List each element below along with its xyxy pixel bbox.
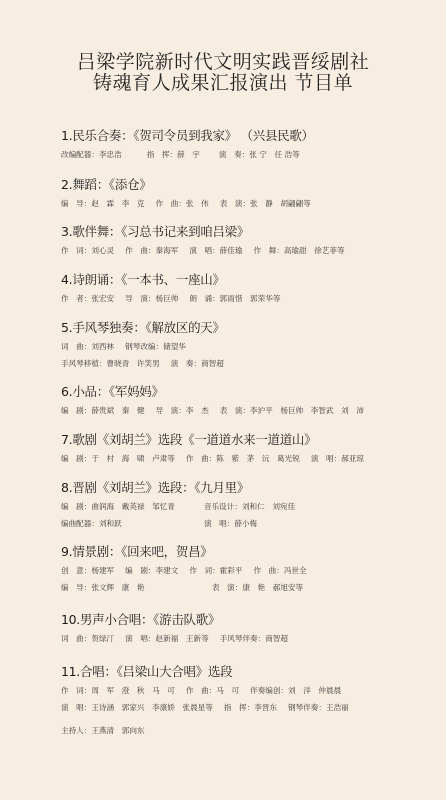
program-item-6: 6.小品：《军妈妈》 编 剧：薛贵斌 秦 健导 演：李 杰表 演：李沪平 杨巨帅… [61, 384, 375, 416]
credit: 指 挥：薛 宇 [147, 150, 200, 160]
credit: 表 演：张 静 胡翩翩等 [220, 199, 311, 209]
credit: 编 剧：薛贵斌 秦 健 [61, 406, 145, 416]
credit-row: 编 导：张文辉 康 艳表 演：康 艳 郝旭安等 [61, 583, 318, 593]
credit: 作 曲：张 伟 [156, 199, 209, 209]
item-title: 4.诗朗诵：《一本书、一座山》 [61, 272, 291, 288]
credit: 钢琴伴奏：王浩丽 [288, 703, 349, 713]
credit: 指 挥：李晋东 [224, 703, 277, 713]
credit: 手风琴伴奏：商智超 [220, 634, 288, 644]
credit: 作 者：张宏安 [61, 294, 114, 304]
program-item-2: 2.舞蹈：《添仓》 编 导：赵 霖 李 克作 曲：张 伟表 演：张 静 胡翩翩等 [61, 177, 322, 209]
program-item-8: 8.晋剧《刘胡兰》选段：《九月里》 编 剧：曲润海 戴英禄 邹忆青音乐设计：刘和… [61, 480, 306, 529]
program-item-9: 9.情景剧：《回来吧，贺昌》 创 意：杨建军编 剧：李建文作 词：霍彩平作 曲：… [61, 544, 318, 593]
credit: 创 意：杨建军 [61, 566, 114, 576]
item-title: 6.小品：《军妈妈》 [61, 384, 375, 400]
item-title: 1.民乐合奏：《贺司令员到我家》 （兴县民歌） [61, 128, 314, 144]
credit: 词 曲：刘西林 [61, 342, 114, 352]
credit-row: 编 剧：薛贵斌 秦 健导 演：李 杰表 演：李沪平 杨巨帅 李智武 刘 沛 [61, 406, 375, 416]
credit: 音乐设计：刘和仁 刘宛佳 [204, 502, 295, 512]
credit-row: 编曲配器：刘和跃演 唱：薛小梅 [61, 519, 306, 529]
credit: 词 曲：贺绿汀 [61, 634, 114, 644]
credit: 编 剧：曲润海 戴英禄 邹忆青 [61, 502, 193, 512]
credit-row: 演 唱：王诗涵 郭家兴 李康娇 张晨星等指 挥：李晋东钢琴伴奏：王浩丽 [61, 703, 360, 713]
credit: 演 唱：薛佳瑜 [189, 246, 242, 256]
credit-row: 编 剧：曲润海 戴英禄 邹忆青音乐设计：刘和仁 刘宛佳 [61, 502, 306, 512]
item-title: 11.合唱：《吕梁山大合唱》选段 [61, 664, 360, 680]
credit: 手风琴移植：曹晓青 许笑男 [61, 359, 160, 369]
credit: 作 曲：马 可 [186, 686, 239, 696]
credit-row: 创 意：杨建军编 剧：李建文作 词：霍彩平作 曲：冯世全 [61, 566, 318, 576]
credit: 演 唱：薛小梅 [204, 519, 257, 529]
program-item-5: 5.手风琴独奏：《解放区的天》 词 曲：刘西林钢琴改编：储望华 手风琴移植：曹晓… [61, 320, 235, 369]
program-item-1: 1.民乐合奏：《贺司令员到我家》 （兴县民歌） 改编配器：李忠浩指 挥：薛 宇演… [61, 128, 314, 160]
credit: 演 奏：商智超 [171, 359, 224, 369]
program-item-11: 11.合唱：《吕梁山大合唱》选段 作 词：周 军 澄 秋 马 可作 曲：马 可伴… [61, 664, 360, 713]
item-title: 2.舞蹈：《添仓》 [61, 177, 322, 193]
credit: 朗 诵：郭雨惜 郭荣华等 [189, 294, 280, 304]
credit: 作 舞：高瑜甜 徐艺菲等 [253, 246, 344, 256]
credit: 表 演：李沪平 杨巨帅 李智武 刘 沛 [220, 406, 364, 416]
credit: 演 唱：赵新福 王新等 [125, 634, 209, 644]
title-line-2: 铸魂育人成果汇报演出 节目单 [0, 73, 446, 94]
item-title: 8.晋剧《刘胡兰》选段：《九月里》 [61, 480, 306, 496]
credit: 演 奏：张 宁 任 浩等 [219, 150, 300, 160]
credit-row: 词 曲：贺绿汀演 唱：赵新福 王新等手风琴伴奏：商智超 [61, 634, 299, 644]
credit-row: 编 导：赵 霖 李 克作 曲：张 伟表 演：张 静 胡翩翩等 [61, 199, 322, 209]
program-item-10: 10.男声小合唱：《游击队歌》 词 曲：贺绿汀演 唱：赵新福 王新等手风琴伴奏：… [61, 612, 299, 644]
program-item-3: 3.歌伴舞：《习总书记来到咱吕梁》 作 词：刘心灵作 曲：秦海军演 唱：薛佳瑜作… [61, 224, 356, 256]
program-title: 吕梁学院新时代文明实践晋绥剧社 铸魂育人成果汇报演出 节目单 [0, 52, 446, 94]
credit: 表 演：康 艳 郝旭安等 [212, 583, 303, 593]
credit: 钢琴改编：储望华 [125, 342, 186, 352]
host-line: 主持人：王燕清 郭向东 [61, 725, 145, 736]
credit: 编 剧：李建文 [125, 566, 178, 576]
credit: 作 词：霍彩平 [189, 566, 242, 576]
credit: 作 词：周 军 澄 秋 马 可 [61, 686, 175, 696]
credit: 作 曲：秦海军 [125, 246, 178, 256]
credit: 导 演：李 杰 [156, 406, 209, 416]
credit: 伴奏编创：刘 洋 仲晨晨 [250, 686, 341, 696]
program-item-7: 7.歌剧《刘胡兰》选段《一道道水来一道道山》 编 剧：于 村 海 啸 卢肃等作 … [61, 432, 375, 464]
credit: 演 唱：郝亚琼 [311, 454, 364, 464]
title-line-1: 吕梁学院新时代文明实践晋绥剧社 [0, 52, 446, 73]
item-title: 10.男声小合唱：《游击队歌》 [61, 612, 299, 628]
credit: 作 曲：冯世全 [253, 566, 306, 576]
item-title: 9.情景剧：《回来吧，贺昌》 [61, 544, 318, 560]
item-title: 5.手风琴独奏：《解放区的天》 [61, 320, 235, 336]
credit: 编曲配器：刘和跃 [61, 519, 193, 529]
program-item-4: 4.诗朗诵：《一本书、一座山》 作 者：张宏安导 演：杨巨帅朗 诵：郭雨惜 郭荣… [61, 272, 291, 304]
credit-row: 编 剧：于 村 海 啸 卢肃等作 曲：陈 紫 茅 沅 葛光锐演 唱：郝亚琼 [61, 454, 375, 464]
credit-row: 作 词：周 军 澄 秋 马 可作 曲：马 可伴奏编创：刘 洋 仲晨晨 [61, 686, 360, 696]
credit: 作 词：刘心灵 [61, 246, 114, 256]
credit-row: 手风琴移植：曹晓青 许笑男演 奏：商智超 [61, 359, 235, 369]
credit-row: 词 曲：刘西林钢琴改编：储望华 [61, 342, 235, 352]
credit: 演 唱：王诗涵 郭家兴 李康娇 张晨星等 [61, 703, 213, 713]
credit-row: 作 者：张宏安导 演：杨巨帅朗 诵：郭雨惜 郭荣华等 [61, 294, 291, 304]
credit: 导 演：杨巨帅 [125, 294, 178, 304]
credit-row: 作 词：刘心灵作 曲：秦海军演 唱：薛佳瑜作 舞：高瑜甜 徐艺菲等 [61, 246, 356, 256]
credit-row: 改编配器：李忠浩指 挥：薛 宇演 奏：张 宁 任 浩等 [61, 150, 314, 160]
credit: 改编配器：李忠浩 [61, 150, 122, 160]
item-title: 3.歌伴舞：《习总书记来到咱吕梁》 [61, 224, 356, 240]
credit: 编 导：赵 霖 李 克 [61, 199, 145, 209]
credit: 作 曲：陈 紫 茅 沅 葛光锐 [186, 454, 300, 464]
credit: 编 导：张文辉 康 艳 [61, 583, 201, 593]
credit: 编 剧：于 村 海 啸 卢肃等 [61, 454, 175, 464]
item-title: 7.歌剧《刘胡兰》选段《一道道水来一道道山》 [61, 432, 375, 448]
